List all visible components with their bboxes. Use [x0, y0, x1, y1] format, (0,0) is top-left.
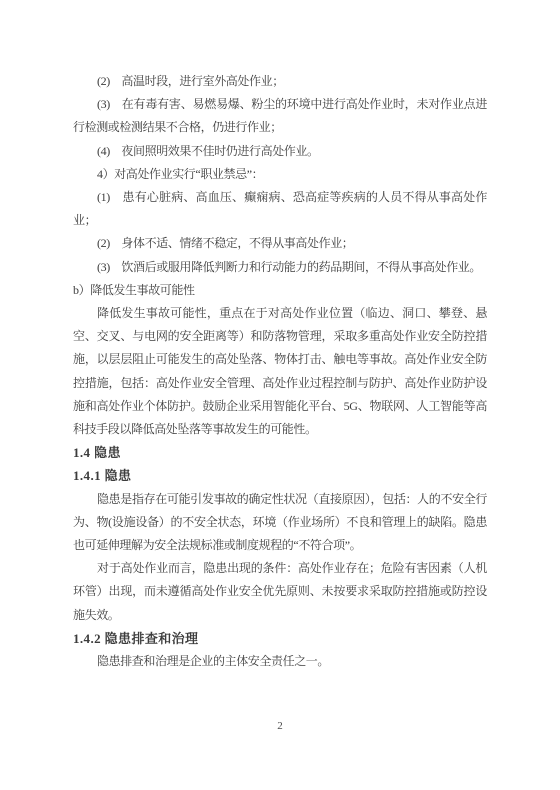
section-heading-1-4: 1.4 隐患 [73, 441, 487, 464]
list-item-toxic-environment: (3) 在有毒有害、易燃易爆、粉尘的环境中进行高处作业时，未对作业点进行检测或检… [73, 93, 487, 139]
page-number: 2 [0, 718, 560, 734]
paragraph-hidden-danger-conditions: 对于高处作业而言，隐患出现的条件：高处作业存在；危险有害因素（人机环管）出现，而… [73, 557, 487, 627]
clause-occupational-taboo: 4）对高处作业实行“职业禁忌”： [73, 163, 487, 186]
paragraph-inspection-responsibility: 隐患排查和治理是企业的主体安全责任之一。 [73, 650, 487, 673]
list-item-alcohol-medication: (3) 饮酒后或服用降低判断力和行动能力的药品期间，不得从事高处作业。 [73, 256, 487, 279]
section-heading-1-4-2: 1.4.2 隐患排查和治理 [73, 627, 487, 650]
section-heading-1-4-1: 1.4.1 隐患 [73, 464, 487, 487]
paragraph-hidden-danger-definition: 隐患是指存在可能引发事故的确定性状况（直接原因），包括：人的不安全行为、物(设施… [73, 488, 487, 558]
list-item-heart-disease: (1) 患有心脏病、高血压、癫痫病、恐高症等疾病的人员不得从事高处作业； [73, 186, 487, 232]
list-item-hot-weather: (2) 高温时段，进行室外高处作业； [73, 70, 487, 93]
paragraph-accident-control-measures: 降低发生事故可能性，重点在于对高处作业位置（临边、洞口、攀登、悬空、交叉、与电网… [73, 302, 487, 441]
text-column: (2) 高温时段，进行室外高处作业； (3) 在有毒有害、易燃易爆、粉尘的环境中… [73, 70, 487, 673]
clause-reduce-accident-probability: b）降低发生事故可能性 [73, 279, 487, 302]
document-page: (2) 高温时段，进行室外高处作业； (3) 在有毒有害、易燃易爆、粉尘的环境中… [0, 0, 560, 790]
list-item-physical-discomfort: (2) 身体不适、情绪不稳定，不得从事高处作业； [73, 232, 487, 255]
list-item-night-lighting: (4) 夜间照明效果不佳时仍进行高处作业。 [73, 140, 487, 163]
